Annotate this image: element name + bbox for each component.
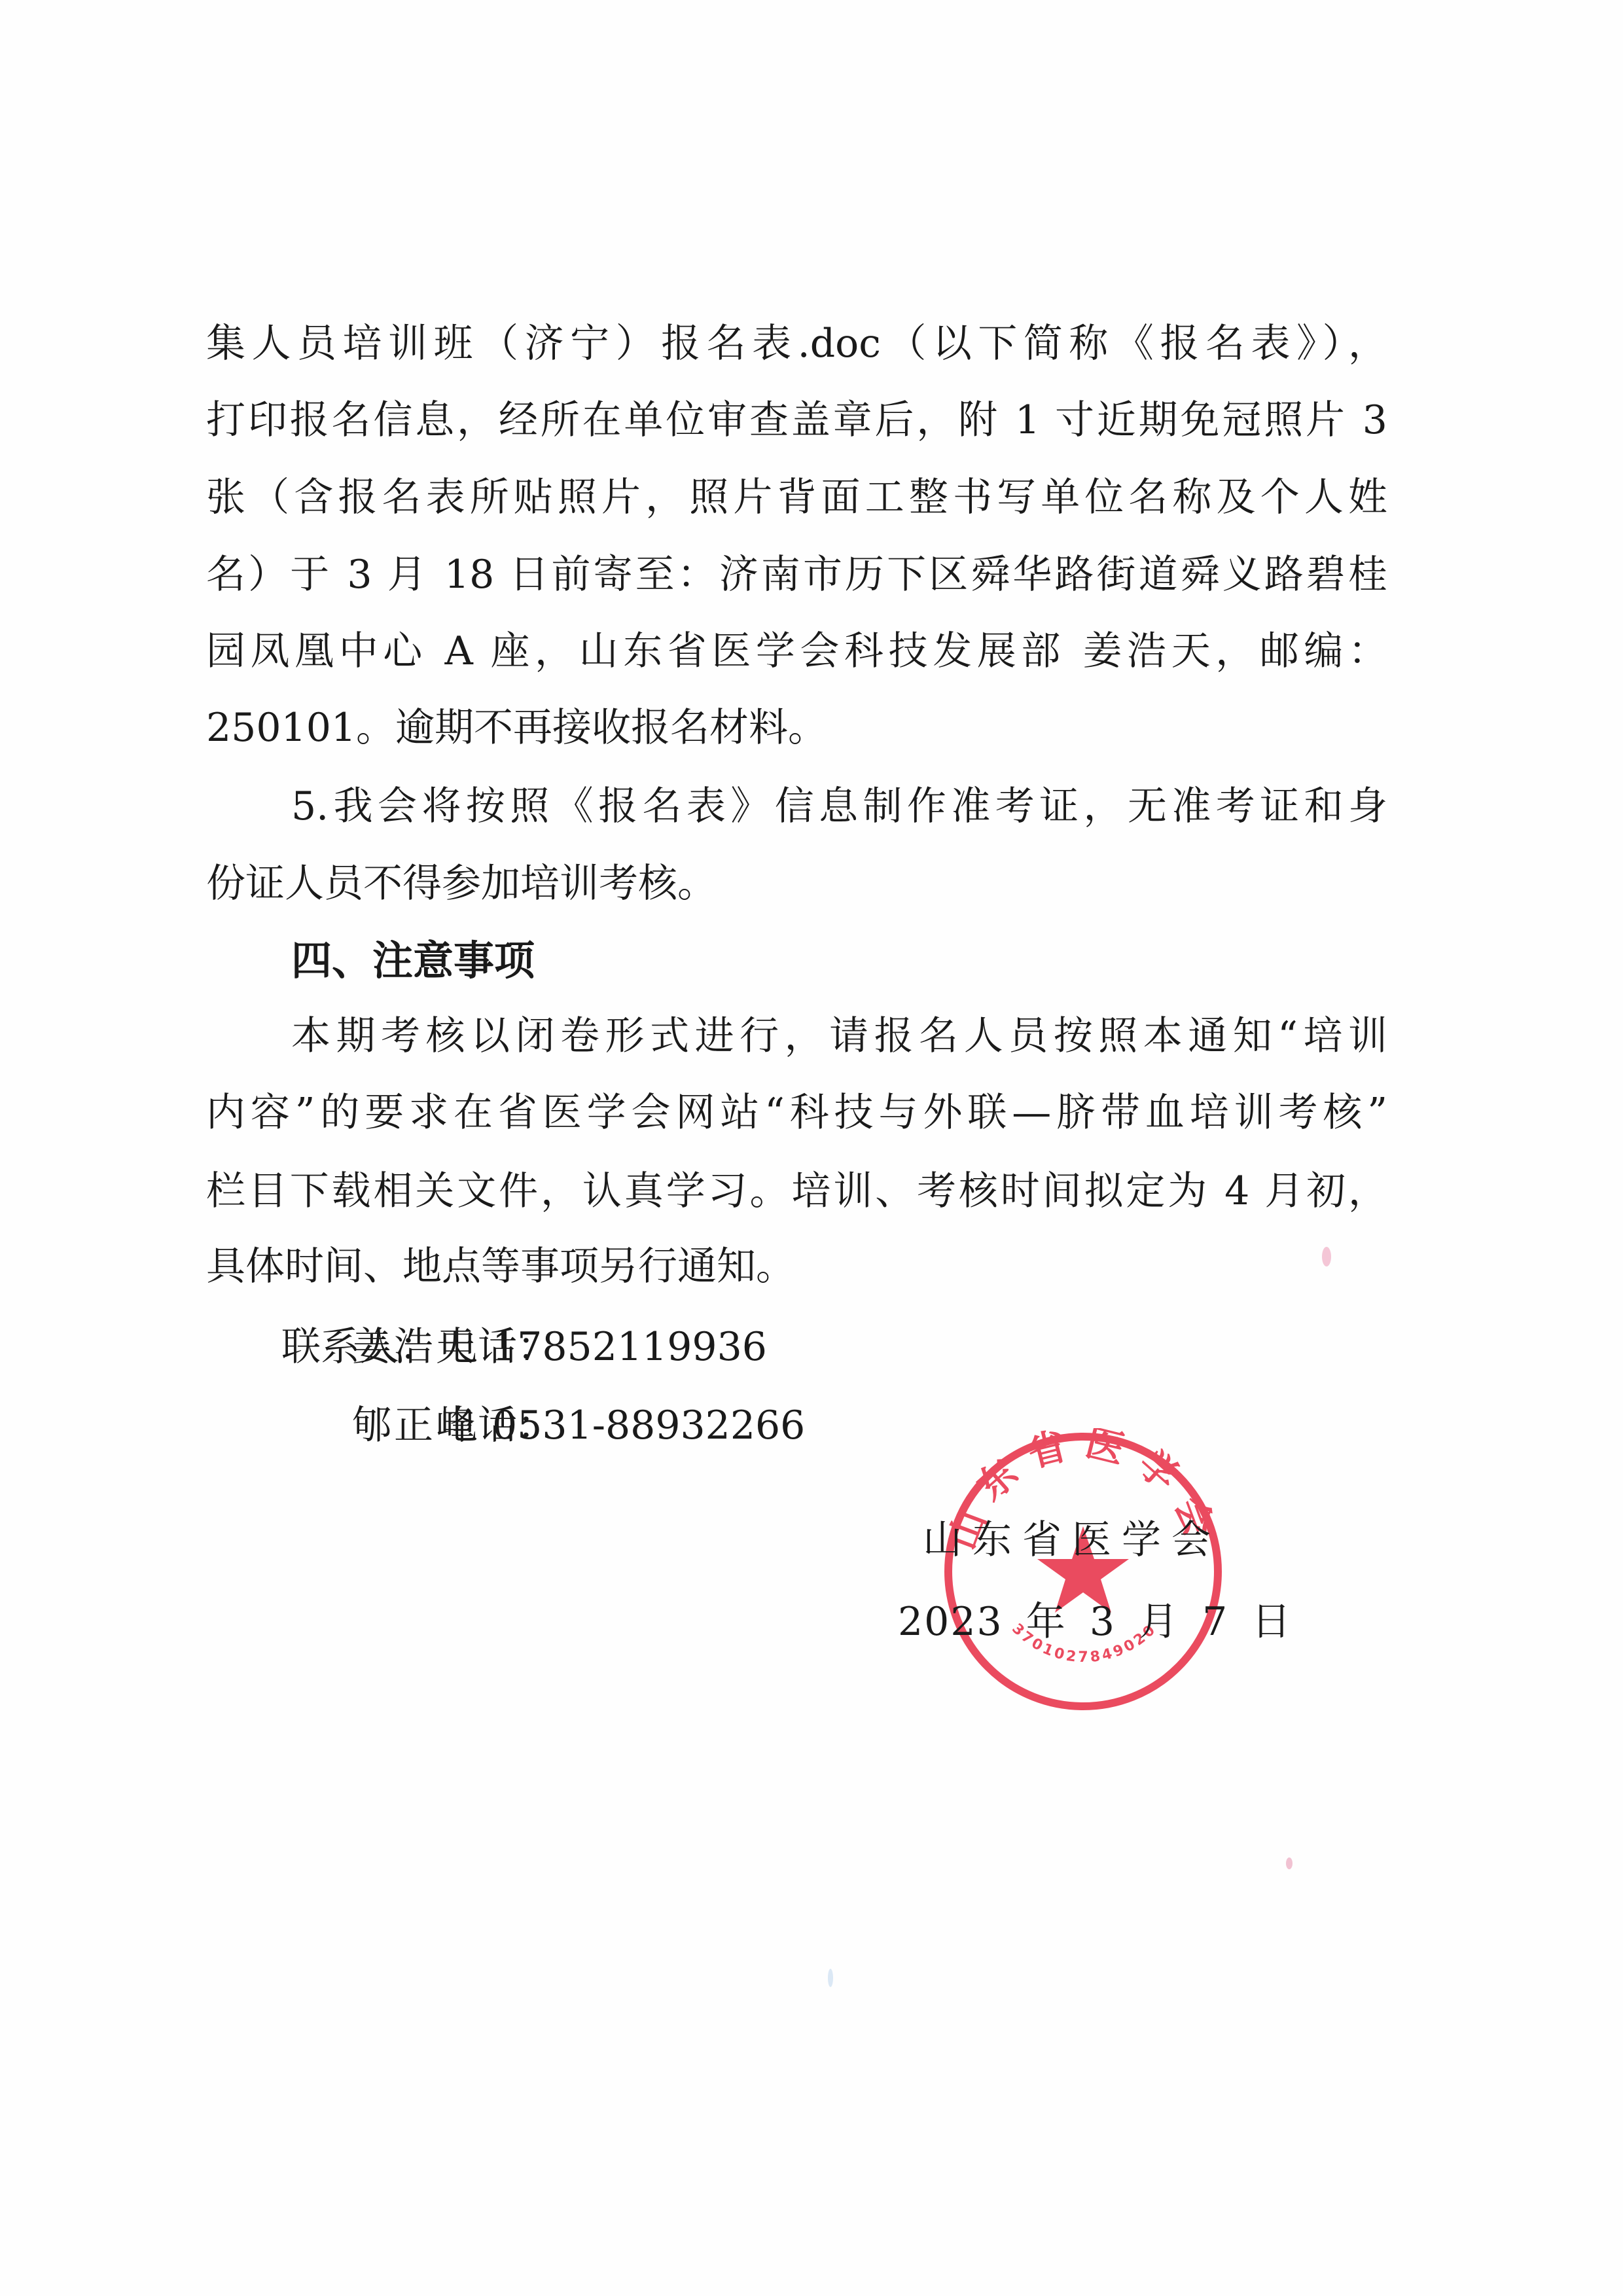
contact-phone: 0531-88932266 [492,1399,805,1452]
paragraph-line: 园凤凰中心 A 座，山东省医学会科技发展部 姜浩天，邮编： [206,625,1387,677]
paragraph-line: 名）于 3 月 18 日前寄至：济南市历下区舜华路街道舜义路碧桂 [206,548,1387,601]
signature-organization: 山东省医学会 [923,1514,1221,1566]
scan-artifact [1286,1857,1293,1869]
notice-line: 内容”的要求在省医学会网站“科技与外联—脐带血培训考核” [206,1086,1387,1139]
seal-icon: 山东省医学会 3701027849020 [940,1428,1226,1715]
scan-artifact [1322,1247,1331,1266]
contact-phone: 17852119936 [492,1321,767,1373]
notice-line: 本期考核以闭卷形式进行，请报名人员按照本通知“培训 [291,1010,1387,1062]
notice-line: 具体时间、地点等事项另行通知。 [206,1240,1387,1293]
paragraph-line: 集人员培训班（济宁）报名表.doc（以下简称《报名表》）， [206,317,1387,370]
paragraph-line: 打印报名信息，经所在单位审查盖章后，附 1 寸近期免冠照片 3 [206,394,1387,446]
document-page: 集人员培训班（济宁）报名表.doc（以下简称《报名表》）， 打印报名信息，经所在… [0,0,1623,2296]
signature-date: 2023 年 3 月 7 日 [898,1596,1292,1648]
item-5-line: 份证人员不得参加培训考核。 [206,857,1387,910]
section-heading: 四、注意事项 [291,935,535,987]
scan-artifact [828,1969,833,1987]
official-seal: 山东省医学会 3701027849020 [940,1428,1226,1715]
paragraph-line: 张（含报名表所贴照片，照片背面工整书写单位名称及个人姓 [206,471,1387,524]
paragraph-line: 250101。逾期不再接收报名材料。 [206,702,1387,754]
item-5-line: 5.我会将按照《报名表》信息制作准考证，无准考证和身 [291,780,1387,833]
notice-line: 栏目下载相关文件，认真学习。培训、考核时间拟定为 4 月初， [206,1165,1387,1217]
